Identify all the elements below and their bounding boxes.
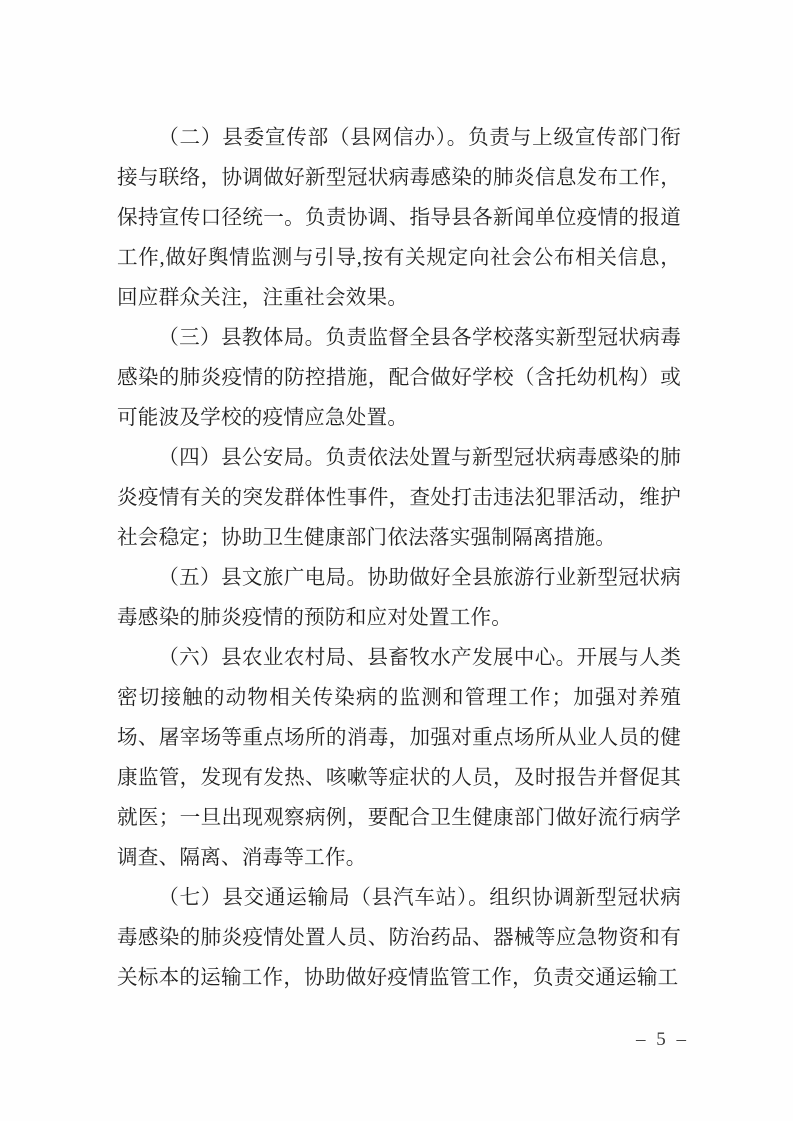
text-line: （三）县教体局。负责监督全县各学校落实新型冠状病毒 xyxy=(117,318,681,358)
text-line: 炎疫情有关的突发群体性事件，查处打击违法犯罪活动，维护 xyxy=(117,478,681,518)
paragraph-item-6: （六）县农业农村局、县畜牧水产发展中心。开展与人类密切接触的动物相关传染病的监测… xyxy=(117,638,681,878)
text-line: 关标本的运输工作，协助做好疫情监管工作，负责交通运输工 xyxy=(117,958,681,998)
document-body: （二）县委宣传部（县网信办）。负责与上级宣传部门衔接与联络，协调做好新型冠状病毒… xyxy=(117,118,681,998)
text-line: 保持宣传口径统一。负责协调、指导县各新闻单位疫情的报道 xyxy=(117,198,681,238)
text-line: 康监管，发现有发热、咳嗽等症状的人员，及时报告并督促其 xyxy=(117,758,681,798)
text-line: （七）县交通运输局（县汽车站）。组织协调新型冠状病 xyxy=(117,878,681,918)
paragraph-item-4: （四）县公安局。负责依法处置与新型冠状病毒感染的肺炎疫情有关的突发群体性事件，查… xyxy=(117,438,681,558)
text-line: 感染的肺炎疫情的防控措施，配合做好学校（含托幼机构）或 xyxy=(117,358,681,398)
document-page: （二）县委宣传部（县网信办）。负责与上级宣传部门衔接与联络，协调做好新型冠状病毒… xyxy=(0,0,793,1121)
text-line: 场、屠宰场等重点场所的消毒，加强对重点场所从业人员的健 xyxy=(117,718,681,758)
text-line: （二）县委宣传部（县网信办）。负责与上级宣传部门衔 xyxy=(117,118,681,158)
page-number: – 5 – xyxy=(636,1028,689,1052)
paragraph-item-5: （五）县文旅广电局。协助做好全县旅游行业新型冠状病毒感染的肺炎疫情的预防和应对处… xyxy=(117,558,681,638)
text-line: 毒感染的肺炎疫情的预防和应对处置工作。 xyxy=(117,598,681,638)
text-line: 就医；一旦出现观察病例，要配合卫生健康部门做好流行病学 xyxy=(117,798,681,838)
text-line: 工作,做好舆情监测与引导,按有关规定向社会公布相关信息， xyxy=(117,238,681,278)
text-line: 密切接触的动物相关传染病的监测和管理工作；加强对养殖 xyxy=(117,678,681,718)
paragraph-item-3: （三）县教体局。负责监督全县各学校落实新型冠状病毒感染的肺炎疫情的防控措施，配合… xyxy=(117,318,681,438)
text-line: （四）县公安局。负责依法处置与新型冠状病毒感染的肺 xyxy=(117,438,681,478)
text-line: 回应群众关注，注重社会效果。 xyxy=(117,278,681,318)
text-line: 社会稳定；协助卫生健康部门依法落实强制隔离措施。 xyxy=(117,518,681,558)
text-line: （六）县农业农村局、县畜牧水产发展中心。开展与人类 xyxy=(117,638,681,678)
text-line: （五）县文旅广电局。协助做好全县旅游行业新型冠状病 xyxy=(117,558,681,598)
text-line: 接与联络，协调做好新型冠状病毒感染的肺炎信息发布工作， xyxy=(117,158,681,198)
text-line: 调查、隔离、消毒等工作。 xyxy=(117,838,681,878)
paragraph-item-2: （二）县委宣传部（县网信办）。负责与上级宣传部门衔接与联络，协调做好新型冠状病毒… xyxy=(117,118,681,318)
paragraph-item-7: （七）县交通运输局（县汽车站）。组织协调新型冠状病毒感染的肺炎疫情处置人员、防治… xyxy=(117,878,681,998)
text-line: 毒感染的肺炎疫情处置人员、防治药品、器械等应急物资和有 xyxy=(117,918,681,958)
text-line: 可能波及学校的疫情应急处置。 xyxy=(117,398,681,438)
